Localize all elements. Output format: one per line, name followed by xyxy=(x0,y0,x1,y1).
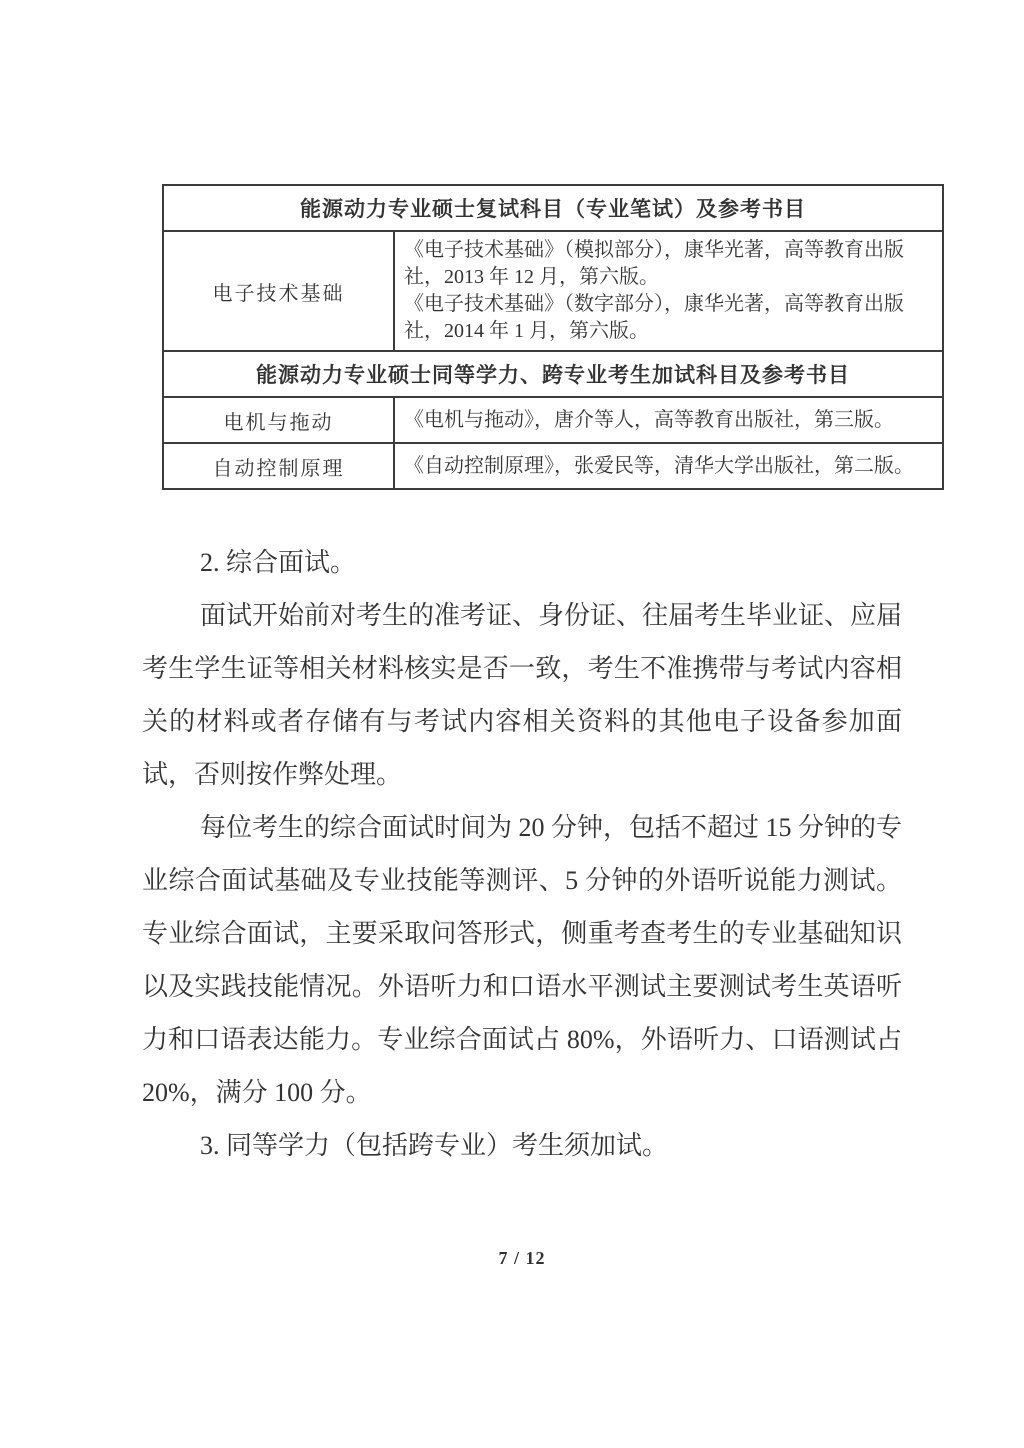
reference-books-table: 能源动力专业硕士复试科目（专业笔试）及参考书目 电子技术基础 《电子技术基础》（… xyxy=(162,184,944,490)
table-row-motor-drive: 电机与拖动 《电机与拖动》，唐介等人，高等教育出版社，第三版。 xyxy=(163,397,943,443)
reference-cell: 《电机与拖动》，唐介等人，高等教育出版社，第三版。 xyxy=(394,397,943,443)
table-row-auto-control: 自动控制原理 《自动控制原理》，张爱民等，清华大学出版社，第二版。 xyxy=(163,443,943,489)
section1-header: 能源动力专业硕士复试科目（专业笔试）及参考书目 xyxy=(163,185,943,231)
reference-line: 《电子技术基础》（数字部分），康华光著，高等教育出版社，2014 年 1 月，第… xyxy=(404,291,936,345)
page-number: 7 / 12 xyxy=(142,1248,902,1269)
list-item-2-comprehensive-interview: 2. 综合面试。 xyxy=(142,536,902,589)
reference-cell: 《电子技术基础》（模拟部分），康华光著，高等教育出版社，2013 年 12 月，… xyxy=(394,231,943,351)
document-page: 能源动力专业硕士复试科目（专业笔试）及参考书目 电子技术基础 《电子技术基础》（… xyxy=(0,0,1024,1448)
section1-header-row: 能源动力专业硕士复试科目（专业笔试）及参考书目 xyxy=(163,185,943,231)
section2-header-row: 能源动力专业硕士同等学力、跨专业考生加试科目及参考书目 xyxy=(163,351,943,397)
section2-header: 能源动力专业硕士同等学力、跨专业考生加试科目及参考书目 xyxy=(163,351,943,397)
subject-cell: 电子技术基础 xyxy=(163,231,394,351)
body-text: 2. 综合面试。 面试开始前对考生的准考证、身份证、往届考生毕业证、应届考生学生… xyxy=(142,536,902,1172)
subject-cell: 自动控制原理 xyxy=(163,443,394,489)
reference-cell: 《自动控制原理》，张爱民等，清华大学出版社，第二版。 xyxy=(394,443,943,489)
paragraph-interview-details: 每位考生的综合面试时间为 20 分钟，包括不超过 15 分钟的专业综合面试基础及… xyxy=(142,801,902,1119)
list-item-3-additional-test: 3. 同等学力（包括跨专业）考生须加试。 xyxy=(142,1119,902,1172)
subject-cell: 电机与拖动 xyxy=(163,397,394,443)
table-row-electronics: 电子技术基础 《电子技术基础》（模拟部分），康华光著，高等教育出版社，2013 … xyxy=(163,231,943,351)
paragraph-materials-check: 面试开始前对考生的准考证、身份证、往届考生毕业证、应届考生学生证等相关材料核实是… xyxy=(142,589,902,801)
reference-line: 《电子技术基础》（模拟部分），康华光著，高等教育出版社，2013 年 12 月，… xyxy=(404,237,936,291)
